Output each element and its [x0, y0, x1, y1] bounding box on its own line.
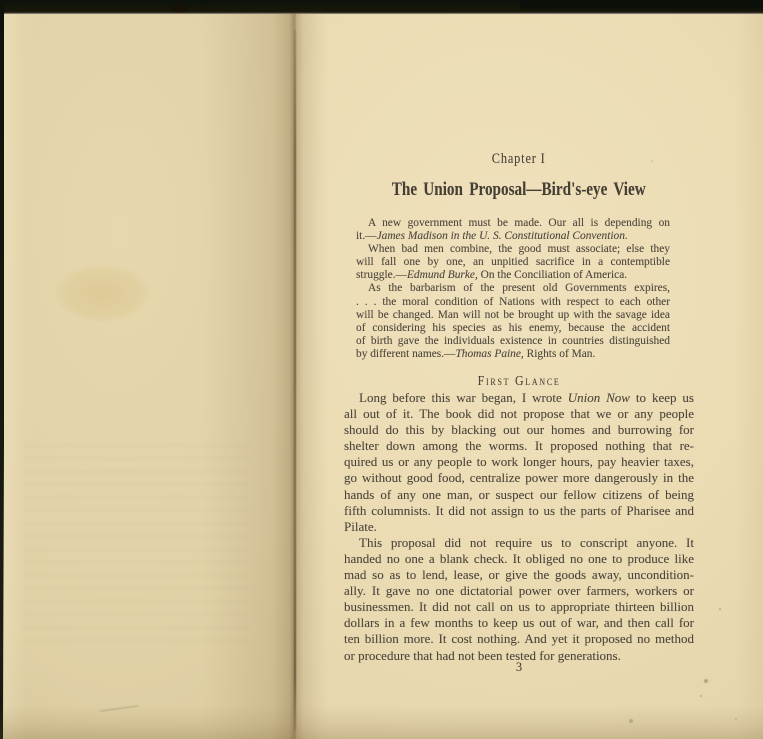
text-line: mad so as to lend, lease, or give the go…	[344, 567, 694, 583]
text-line: hands of any one man, or suspect our fel…	[344, 487, 694, 503]
text-line: When bad men combine, the good must asso…	[356, 243, 670, 256]
text-line: As the barbarism of the present old Gove…	[356, 282, 670, 295]
book-cover-top-edge-right	[520, 0, 763, 11]
paragraph: When bad men combine, the good must asso…	[356, 243, 670, 282]
text-line: businessmen. It did not call on us to ap…	[344, 599, 694, 615]
text-line: Pilate.	[344, 519, 694, 535]
paragraph: Long before this war began, I wrote Unio…	[344, 390, 694, 535]
text-line: fifth columnists. It did not assign to u…	[344, 503, 694, 519]
text-line: should do this by blacking out our homes…	[344, 422, 694, 438]
text-line: quired us or any people to work longer h…	[344, 454, 694, 470]
text-line: This proposal did not require us to cons…	[344, 535, 694, 551]
text-line: shelter down among the worms. It propose…	[344, 438, 694, 454]
left-page-text-showthrough	[23, 444, 248, 649]
text-line: ten billion more. It cost nothing. And y…	[344, 631, 694, 647]
text-line: Long before this war began, I wrote Unio…	[344, 390, 694, 406]
text-line: struggle.—Edmund Burke, On the Conciliat…	[356, 269, 670, 282]
left-page-stain	[55, 264, 150, 322]
text-line: it.—James Madison in the U. S. Constitut…	[356, 230, 670, 243]
bottom-page-shade	[0, 705, 763, 739]
spine-stain	[172, 5, 188, 13]
text-line: by different names.—Thomas Paine, Rights…	[356, 348, 670, 361]
text-line: of birth gave the individuals existence …	[356, 335, 670, 348]
body-text: Long before this war began, I wrote Unio…	[344, 390, 694, 664]
text-line: of considering his species as his enemy,…	[356, 322, 670, 335]
left-cover-edge	[0, 0, 4, 739]
section-heading-text: First Glance	[478, 372, 561, 390]
text-line: all out of it. The book did not propose …	[344, 406, 694, 422]
paragraph: A new government must be made. Our all i…	[356, 217, 670, 243]
text-line: . . . the moral condition of Nations wit…	[356, 296, 670, 309]
chapter-label-text: Chapter I	[492, 150, 546, 168]
book-photo: Chapter I The Union Proposal—Bird's-eye …	[0, 0, 763, 739]
text-line: dollars in a few months to keep us out o…	[344, 615, 694, 631]
gutter-crease-line	[294, 30, 296, 731]
text-line: A new government must be made. Our all i…	[356, 217, 670, 230]
text-line: go without good food, centralize power m…	[344, 470, 694, 486]
page-number: 3	[344, 659, 694, 675]
chapter-title: The Union Proposal—Bird's-eye View	[344, 177, 694, 203]
section-heading: First Glance	[344, 372, 694, 390]
spine-stain	[200, 6, 209, 13]
chapter-title-text: The Union Proposal—Bird's-eye View	[392, 177, 646, 203]
epigraph-block: A new government must be made. Our all i…	[356, 217, 670, 361]
paragraph: As the barbarism of the present old Gove…	[356, 282, 670, 361]
chapter-label: Chapter I	[344, 150, 694, 168]
left-page	[3, 14, 296, 739]
text-line: will be changed. Man will not be brought…	[356, 309, 670, 322]
text-line: ally. It gave no one dictatorial power o…	[344, 583, 694, 599]
right-page: Chapter I The Union Proposal—Bird's-eye …	[296, 14, 763, 739]
text-line: will fall one by one, an unpitied sacrif…	[356, 256, 670, 269]
paragraph: This proposal did not require us to cons…	[344, 535, 694, 664]
printed-text-block: Chapter I The Union Proposal—Bird's-eye …	[296, 14, 763, 739]
text-line: handed no one a blank check. It obliged …	[344, 551, 694, 567]
